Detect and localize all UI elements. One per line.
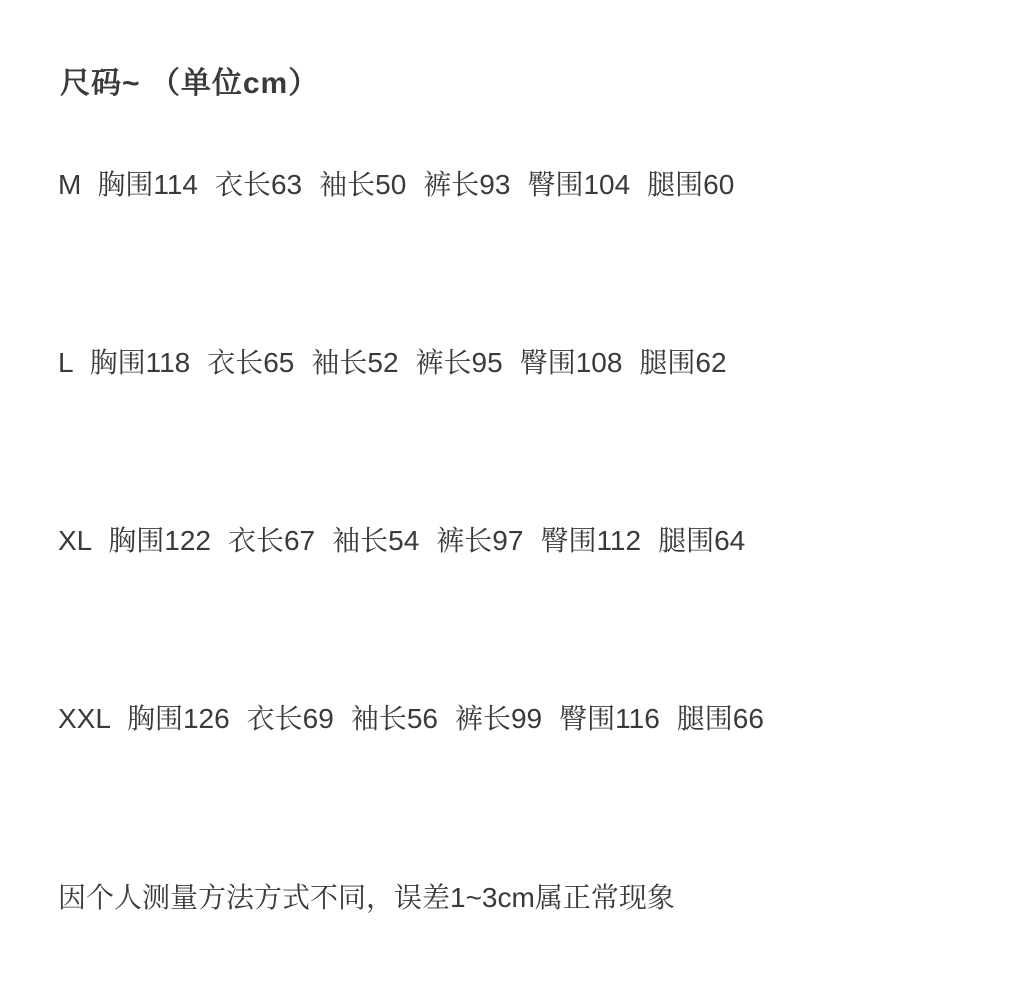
measurement: 裤长99 bbox=[455, 702, 542, 736]
size-row: M胸围114衣长63袖长50裤长93臀围104腿围60 bbox=[58, 168, 751, 202]
measurement: 胸围118 bbox=[90, 346, 191, 380]
measurement: 臀围104 bbox=[527, 168, 630, 202]
measurement: 裤长93 bbox=[423, 168, 510, 202]
measurement: 臀围108 bbox=[520, 346, 623, 380]
measurement: 袖长50 bbox=[319, 168, 406, 202]
size-label: XXL bbox=[58, 702, 111, 736]
measurement: 衣长67 bbox=[228, 524, 315, 558]
measurement: 胸围114 bbox=[97, 168, 198, 202]
size-row: L胸围118衣长65袖长52裤长95臀围108腿围62 bbox=[58, 346, 744, 380]
measurement: 腿围66 bbox=[677, 702, 764, 736]
measurement: 腿围60 bbox=[647, 168, 734, 202]
measurement: 胸围126 bbox=[127, 702, 230, 736]
size-row: XL胸围122衣长67袖长54裤长97臀围112腿围64 bbox=[58, 524, 762, 558]
measurement: 裤长95 bbox=[416, 346, 503, 380]
page-title: 尺码~ （单位cm） bbox=[60, 66, 319, 102]
measurement: 臀围112 bbox=[540, 524, 641, 558]
size-label: XL bbox=[58, 524, 92, 558]
size-row: XXL胸围126衣长69袖长56裤长99臀围116腿围66 bbox=[58, 702, 781, 736]
measurement: 衣长69 bbox=[247, 702, 334, 736]
measurement: 袖长56 bbox=[351, 702, 438, 736]
measurement: 臀围116 bbox=[559, 702, 660, 736]
measurement: 衣长65 bbox=[207, 346, 294, 380]
size-label: M bbox=[58, 168, 81, 202]
measurement: 袖长54 bbox=[332, 524, 419, 558]
measurement: 袖长52 bbox=[311, 346, 398, 380]
measurement: 衣长63 bbox=[215, 168, 302, 202]
measurement: 腿围62 bbox=[639, 346, 726, 380]
measurement: 裤长97 bbox=[436, 524, 523, 558]
tolerance-note: 因个人测量方法方式不同，误差1~3cm属正常现象 bbox=[58, 880, 675, 916]
measurement: 腿围64 bbox=[658, 524, 745, 558]
size-chart-page: 尺码~ （单位cm） M胸围114衣长63袖长50裤长93臀围104腿围60L胸… bbox=[0, 0, 1024, 981]
size-label: L bbox=[58, 346, 74, 380]
measurement: 胸围122 bbox=[108, 524, 211, 558]
